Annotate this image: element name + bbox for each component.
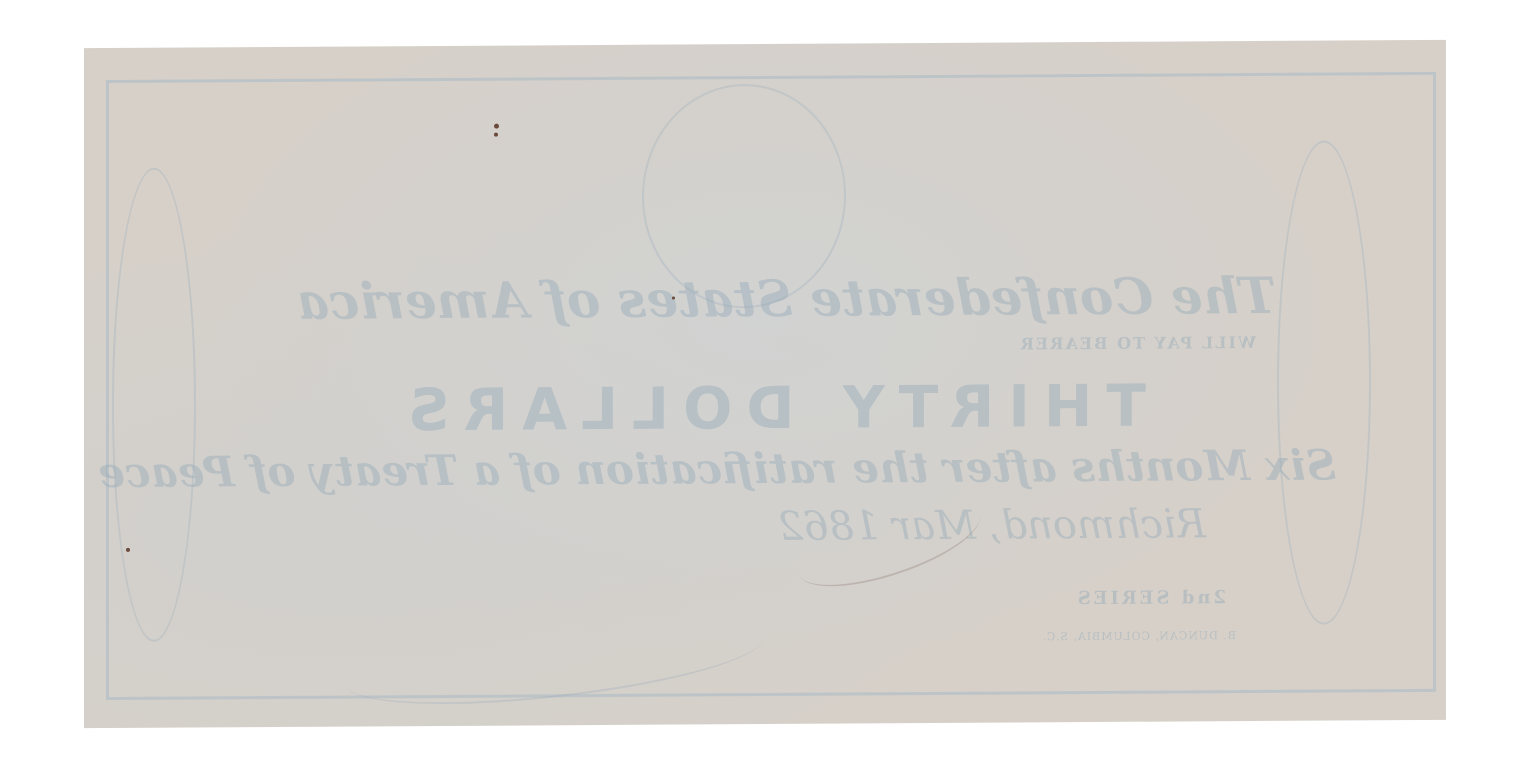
series-text: 2nd SERIES — [1075, 587, 1226, 609]
stain-spot — [494, 124, 499, 129]
right-border-vignette — [112, 167, 196, 642]
note-title: The Confederate States of America — [297, 266, 1276, 331]
bleed-through-layer: The Confederate States of America WILL P… — [84, 40, 1446, 728]
amount-text: THIRTY DOLLARS — [394, 372, 1146, 445]
printer-imprint: B. DUNCAN, COLUMBIA, S.C. — [1042, 629, 1236, 643]
stain-spot — [672, 297, 675, 300]
stain-spot — [494, 133, 498, 137]
promise-text: Six Months after the ratification of a T… — [98, 441, 1336, 498]
left-border-vignette — [1277, 140, 1371, 625]
pay-to-bearer-text: WILL PAY TO BEARER — [1019, 333, 1256, 353]
stain-spot — [126, 548, 130, 552]
banknote-reverse: The Confederate States of America WILL P… — [84, 40, 1446, 728]
